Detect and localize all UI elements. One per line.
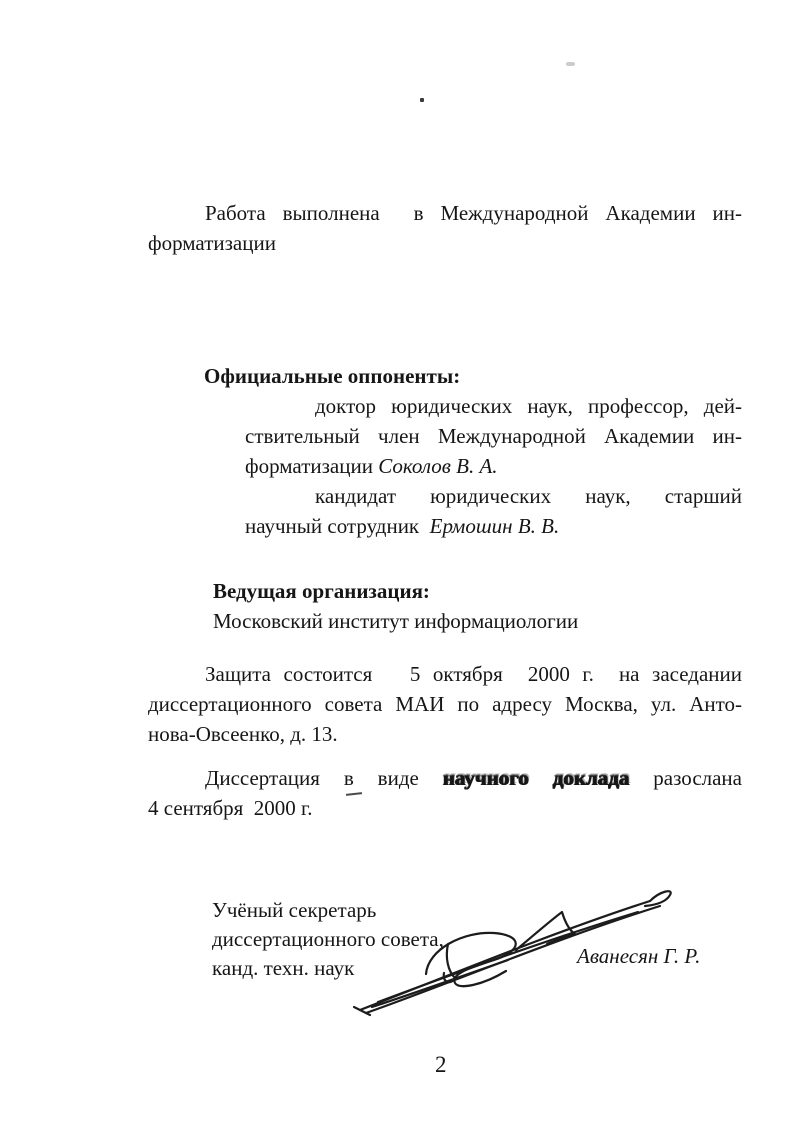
text-line: нова-Овсеенко, д. 13. bbox=[148, 719, 742, 749]
text-segment: кандидат юридических наук, старший bbox=[315, 484, 742, 508]
paragraph-work-performed: Работа выполнена в Международной Академи… bbox=[148, 198, 742, 258]
text-line: Московский институт информациологии bbox=[213, 606, 733, 636]
page-number: 2 bbox=[435, 1052, 447, 1078]
text-segment: Диссертация в виде bbox=[205, 766, 443, 790]
text-segment: научный сотрудник bbox=[245, 514, 430, 538]
text-line: Работа выполнена в Международной Академи… bbox=[148, 198, 742, 228]
text-line: форматизации Соколов В. А. bbox=[245, 451, 742, 481]
text-segment: Работа выполнена в Международной Академи… bbox=[205, 201, 742, 225]
paragraph-defense-info: Защита состоится 5 октября 2000 г. на за… bbox=[148, 659, 742, 749]
text-segment: форматизации bbox=[245, 454, 378, 478]
text-segment: Соколов В. А. bbox=[378, 454, 497, 478]
text-line: Ведущая организация: bbox=[213, 576, 733, 606]
text-segment: Ведущая организация: bbox=[213, 579, 430, 603]
text-segment: Ермошин В. В. bbox=[430, 514, 560, 538]
signature-stroke bbox=[372, 960, 508, 1007]
text-segment: ствительный член Международной Академии … bbox=[245, 424, 742, 448]
overstruck-text: научного доклада bbox=[443, 766, 630, 790]
text-segment: Защита состоится 5 октября 2000 г. на за… bbox=[205, 662, 742, 686]
text-line: ствительный член Международной Академии … bbox=[245, 421, 742, 451]
text-line: диссертационного совета МАИ по адресу Мо… bbox=[148, 689, 742, 719]
text-segment: 4 сентября 2000 г. bbox=[148, 796, 313, 820]
text-line: доктор юридических наук, профессор, дей- bbox=[245, 391, 742, 421]
text-line: 4 сентября 2000 г. bbox=[148, 793, 742, 823]
text-segment: форматизации bbox=[148, 231, 276, 255]
text-line: Диссертация в виде научного доклада разо… bbox=[148, 763, 742, 793]
text-line: Защита состоится 5 октября 2000 г. на за… bbox=[148, 659, 742, 689]
paragraph-leading-organization: Ведущая организация:Московский институт … bbox=[213, 576, 733, 636]
heading-official-opponents: Официальные оппоненты: bbox=[204, 361, 704, 391]
document-page: Работа выполнена в Международной Академи… bbox=[0, 0, 798, 1132]
paragraph-opponents: доктор юридических наук, профессор, дей-… bbox=[245, 391, 742, 541]
text-line: научный сотрудник Ермошин В. В. bbox=[245, 511, 742, 541]
scan-speck bbox=[420, 98, 424, 102]
text-line: форматизации bbox=[148, 228, 742, 258]
text-segment: диссертационного совета МАИ по адресу Мо… bbox=[148, 692, 742, 716]
text-segment: доктор юридических наук, профессор, дей- bbox=[315, 394, 742, 418]
text-segment: нова-Овсеенко, д. 13. bbox=[148, 722, 338, 746]
text-segment: канд. техн. наук bbox=[212, 956, 354, 980]
text-line: кандидат юридических наук, старший bbox=[245, 481, 742, 511]
paragraph-dissertation-mailed: Диссертация в виде научного доклада разо… bbox=[148, 763, 742, 823]
text-line: Официальные оппоненты: bbox=[204, 361, 704, 391]
secretary-name: Аванесян Г. Р. bbox=[577, 944, 700, 969]
text-segment: разослана bbox=[629, 766, 742, 790]
signature-stroke bbox=[645, 891, 671, 906]
text-segment: Официальные оппоненты: bbox=[204, 364, 460, 388]
text-segment: Московский институт информациологии bbox=[213, 609, 578, 633]
scan-speck bbox=[566, 62, 575, 66]
